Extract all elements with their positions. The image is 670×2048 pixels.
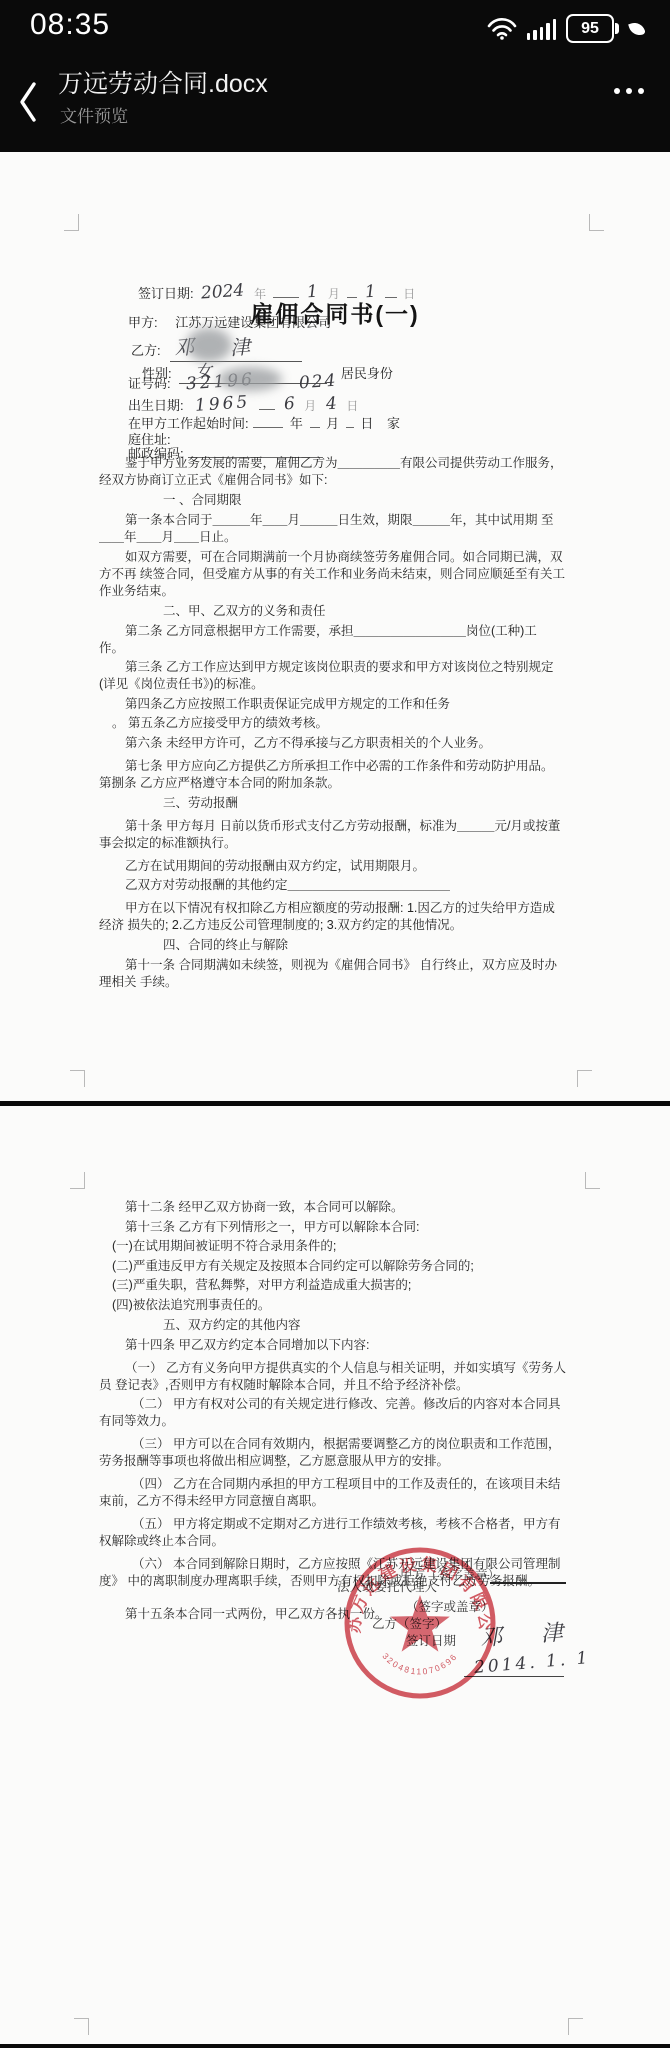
handwritten-id-part2: 024	[298, 371, 338, 394]
file-title: 万远劳动合同.docx	[58, 64, 268, 100]
paragraph: 如双方需要，可在合同期满前一个月协商续签劳务雇佣合同。如合同期已满，双方不再 续…	[99, 549, 565, 600]
paragraph: 乙双方对劳动报酬的其他约定＿＿＿＿＿＿＿＿＿＿＿＿＿	[99, 877, 565, 894]
signal-bars-icon	[527, 18, 557, 40]
paragraph: 第十一条 合同期满如未续签，则视为《雇佣合同书》 自行终止，双方应及时办理相关 …	[99, 957, 565, 991]
paragraph: 第二条 乙方同意根据甲方工作需要，承担＿＿＿＿＿＿＿＿＿岗位(工种)工 作。	[99, 623, 565, 657]
paragraph: （三） 甲方可以在合同有效期内，根据需要调整乙方的岗位职责和工作范围，劳务报酬等…	[99, 1436, 571, 1470]
paragraph: 。 第五条乙方应接受甲方的绩效考核。	[99, 715, 565, 732]
crop-mark	[589, 214, 604, 231]
file-preview-header: 万远劳动合同.docx 文件预览	[0, 54, 670, 152]
phone-screen: 08:35 95 万远劳动合同.docx 文件预览	[0, 0, 670, 2048]
seal-number-text: 3204811070696	[380, 1651, 459, 1677]
paragraph: 第十三条 乙方有下列情形之一，甲方可以解除本合同:	[99, 1219, 571, 1236]
paragraph: 第十二条 经甲乙双方协商一致，本合同可以解除。	[99, 1199, 571, 1216]
unit-month: 月	[326, 416, 339, 431]
paragraph: 第六条 未经甲方许可，乙方不得承接与乙方职责相关的个人业务。	[99, 735, 565, 752]
battery-percent: 95	[581, 20, 599, 38]
battery-icon: 95	[566, 14, 614, 43]
handwritten-day: 1	[364, 282, 376, 303]
paragraph: 第三条 乙方工作应达到甲方规定该岗位职责的要求和甲方对该岗位之特别规定(详见《岗…	[99, 659, 565, 693]
status-bar: 08:35 95	[0, 0, 670, 54]
crop-mark	[585, 1172, 600, 1189]
status-icons: 95	[487, 14, 645, 43]
seal-star-icon	[390, 1595, 450, 1652]
paragraph: (四)被依法追究刑事责任的。	[99, 1297, 571, 1314]
paragraph: 第十条 甲方每月 日前以货币形式支付乙方劳动报酬，标准为＿＿＿元/月或按董事会拟…	[99, 818, 565, 852]
crop-mark	[70, 1070, 85, 1087]
unit-day: 日	[403, 287, 415, 301]
paragraph: （一） 乙方有义务向甲方提供真实的个人信息与相关证明，并如实填写《劳务人员 登记…	[99, 1360, 571, 1394]
paragraph: 第一条本合同于＿＿＿年＿＿月＿＿＿日生效，期限＿＿＿年，其中试用期 至＿＿年＿＿…	[99, 512, 565, 546]
handwritten-birth-month: 6	[283, 394, 295, 415]
paragraph: 乙方在试用期间的劳动报酬由双方约定，试用期限月。	[99, 858, 565, 875]
paragraph: 鉴于甲方业务发展的需要，雇佣乙方为＿＿＿＿＿有限公司提供劳动工作服务，经双方协商…	[99, 455, 565, 489]
unit-month: 月	[304, 399, 316, 413]
crop-mark	[568, 2018, 583, 2035]
crop-mark	[64, 214, 79, 231]
field-label: 甲方:	[128, 315, 158, 330]
company-seal: 江苏万远建设集团有限公司 3204811070696	[340, 1543, 500, 1703]
unit-year: 年	[290, 416, 303, 431]
paragraph: (一)在试用期间被证明不符合录用条件的;	[99, 1238, 571, 1255]
field-party-a: 甲方: 江苏万远建设集团有限公司	[128, 312, 331, 331]
clock: 08:35	[30, 8, 110, 42]
crop-mark	[577, 1070, 592, 1087]
handwritten-given-name: 津	[229, 330, 257, 361]
document-page-2[interactable]: 第十二条 经甲乙双方协商一致，本合同可以解除。第十三条 乙方有下列情形之一，甲方…	[0, 1106, 670, 2044]
field-label: 乙方:	[131, 343, 161, 358]
handwritten-month: 1	[307, 282, 319, 303]
paragraph: 四、合同的终止与解除	[99, 937, 565, 954]
signature-underline	[490, 1568, 566, 1584]
crop-mark	[74, 2018, 89, 2035]
paragraph: 甲方在以下情况有权扣除乙方相应额度的劳动报酬: 1.因乙方的过失给甲方造成经济 …	[99, 900, 565, 934]
field-label: 签订日期:	[138, 286, 194, 301]
paragraph: （二） 甲方有权对公司的有关规定进行修改、完善。修改后的内容对本合同具有同等效力…	[99, 1396, 571, 1430]
paragraph: 第十四条 甲乙双方约定本合同增加以下内容:	[99, 1337, 571, 1354]
back-icon[interactable]	[14, 78, 42, 126]
unit-day: 日	[346, 399, 358, 413]
field-sign-date: 签订日期: 2024 年 1 月 1 日	[138, 283, 417, 303]
handwritten-year: 2024	[201, 281, 246, 304]
more-options-icon[interactable]	[614, 88, 644, 94]
wifi-icon	[487, 18, 517, 40]
wrapped-char: 家	[387, 416, 400, 431]
contract-body-page1: 鉴于甲方业务发展的需要，雇佣乙方为＿＿＿＿＿有限公司提供劳动工作服务，经双方协商…	[99, 455, 565, 994]
unit-day: 日	[360, 416, 373, 431]
paragraph: （五） 甲方将定期或不定期对乙方进行工作绩效考核，考核不合格者，甲方有权解除或终…	[99, 1516, 571, 1550]
paragraph: (二)严重违反甲方有关规定及按照本合同约定可以解除劳务合同的;	[99, 1258, 571, 1275]
document-page-1[interactable]: 雇佣合同书(一) 签订日期: 2024 年 1 月 1 日 甲方: 江苏万远建设…	[0, 152, 670, 1101]
paragraph: 五、双方约定的其他内容	[99, 1317, 571, 1334]
paragraph: 第七条 甲方应向乙方提供乙方所承担工作中必需的工作条件和劳动防护用品。 第捌条 …	[99, 758, 565, 792]
redaction-blur	[218, 367, 282, 391]
paragraph: 一 、合同期限	[99, 492, 565, 509]
field-label: 出生日期:	[128, 398, 184, 413]
party-a-name: 江苏万远建设集团有限公司	[175, 315, 331, 330]
paragraph: 二、甲、乙双方的义务和责任	[99, 603, 565, 620]
svg-text:3204811070696: 3204811070696	[380, 1651, 459, 1677]
contract-body-page2: 第十二条 经甲乙双方协商一致，本合同可以解除。第十三条 乙方有下列情形之一，甲方…	[99, 1199, 571, 1626]
unit-year: 年	[254, 287, 266, 301]
resident-id-prefix: 居民身份	[341, 366, 393, 381]
crop-mark	[70, 1172, 85, 1189]
unit-month: 月	[328, 287, 340, 301]
file-subtitle: 文件预览	[60, 102, 128, 127]
paragraph: (三)严重失职，营私舞弊，对甲方利益造成重大损害的;	[99, 1277, 571, 1294]
redaction-blur	[186, 328, 232, 362]
paragraph: （四） 乙方在合同期内承担的甲方工程项目中的工作及责任的，在该项目未结束前，乙方…	[99, 1476, 571, 1510]
handwritten-birth-day: 4	[325, 394, 337, 415]
field-label: 证号码:	[128, 376, 171, 391]
field-birth-date: 出生日期: 1965 6 月 4 日	[128, 395, 360, 415]
paragraph: 三、劳动报酬	[99, 795, 565, 812]
paragraph: 第四条乙方应按照工作职责保证完成甲方规定的工作和任务	[99, 696, 565, 713]
battery-saver-leaf-icon	[628, 20, 646, 38]
